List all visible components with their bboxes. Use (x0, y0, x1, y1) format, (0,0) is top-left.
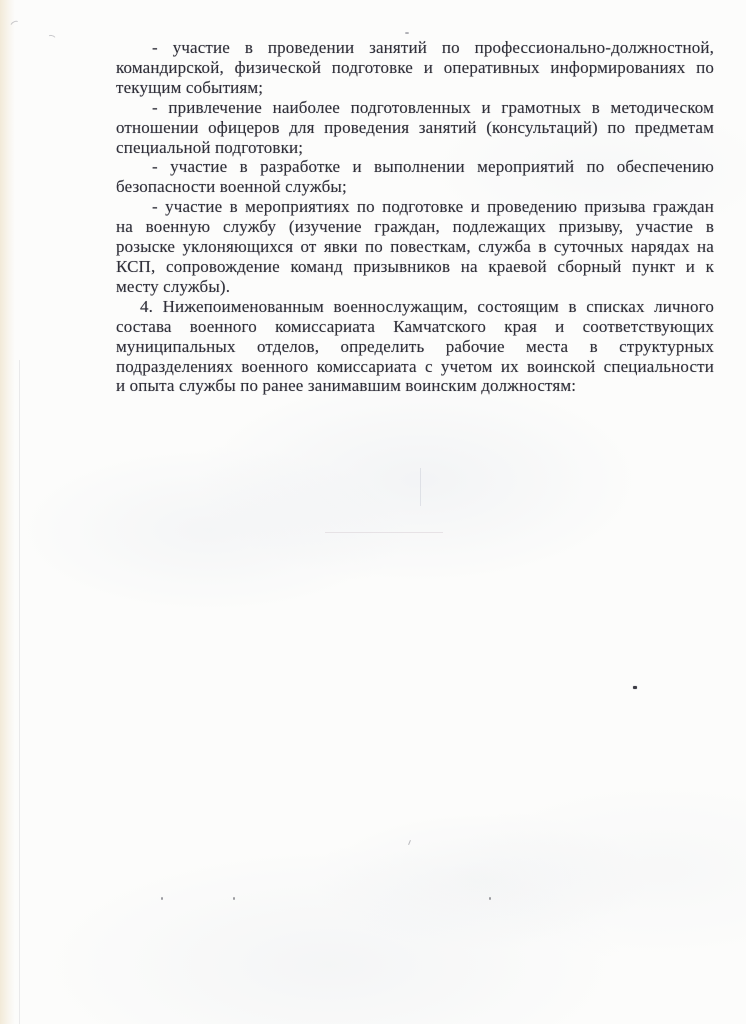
bleed-through-mark (325, 532, 443, 533)
text-line: и опыта службы по ранее занимавшим воинс… (116, 376, 714, 396)
bleed-through-mark (420, 468, 421, 506)
scan-speck (405, 32, 409, 34)
scan-speck (408, 840, 411, 845)
text-line: безопасности военной службы; (116, 177, 714, 197)
text-line: состава военного комиссариата Камчатског… (116, 317, 714, 337)
scanned-document-page: - участие в проведении занятий по профес… (0, 0, 746, 1024)
scan-edge-strip (0, 0, 15, 1024)
text-line: муниципальных отделов, определить рабочи… (116, 337, 714, 357)
paragraph-5: 4. Нижепоименованным военнослужащим, сос… (116, 297, 714, 397)
text-line: - участие в разработке и выполнении меро… (116, 157, 714, 177)
text-line: отношении офицеров для проведения заняти… (116, 118, 714, 138)
scan-speck (633, 686, 637, 689)
text-line: - участие в проведении занятий по профес… (116, 38, 714, 58)
scan-edge-line (19, 360, 20, 1024)
text-line: - привлечение наиболее подготовленных и … (116, 98, 714, 118)
paragraph-2: - привлечение наиболее подготовленных и … (116, 98, 714, 158)
pencil-mark (46, 34, 57, 43)
scan-speck (489, 897, 491, 900)
text-line: специальной подготовки; (116, 138, 714, 158)
text-line: - участие в мероприятиях по подготовке и… (116, 197, 714, 217)
scan-speck (233, 897, 235, 900)
text-line: текущим событиям; (116, 78, 714, 98)
text-line: командирской, физической подготовке и оп… (116, 58, 714, 78)
text-line: месту службы). (116, 277, 714, 297)
paragraph-3: - участие в разработке и выполнении меро… (116, 157, 714, 197)
paragraph-1: - участие в проведении занятий по профес… (116, 38, 714, 98)
text-line: на военную службу (изучение граждан, под… (116, 217, 714, 237)
text-line: подразделениях военного комиссариата с у… (116, 357, 714, 377)
text-line: розыске уклоняющихся от явки по повестка… (116, 237, 714, 257)
document-text: - участие в проведении занятий по профес… (116, 38, 714, 396)
scan-speck (161, 897, 163, 900)
text-line: КСП, сопровождение команд призывников на… (116, 257, 714, 277)
text-line: 4. Нижепоименованным военнослужащим, сос… (116, 297, 714, 317)
paragraph-4: - участие в мероприятиях по подготовке и… (116, 197, 714, 297)
